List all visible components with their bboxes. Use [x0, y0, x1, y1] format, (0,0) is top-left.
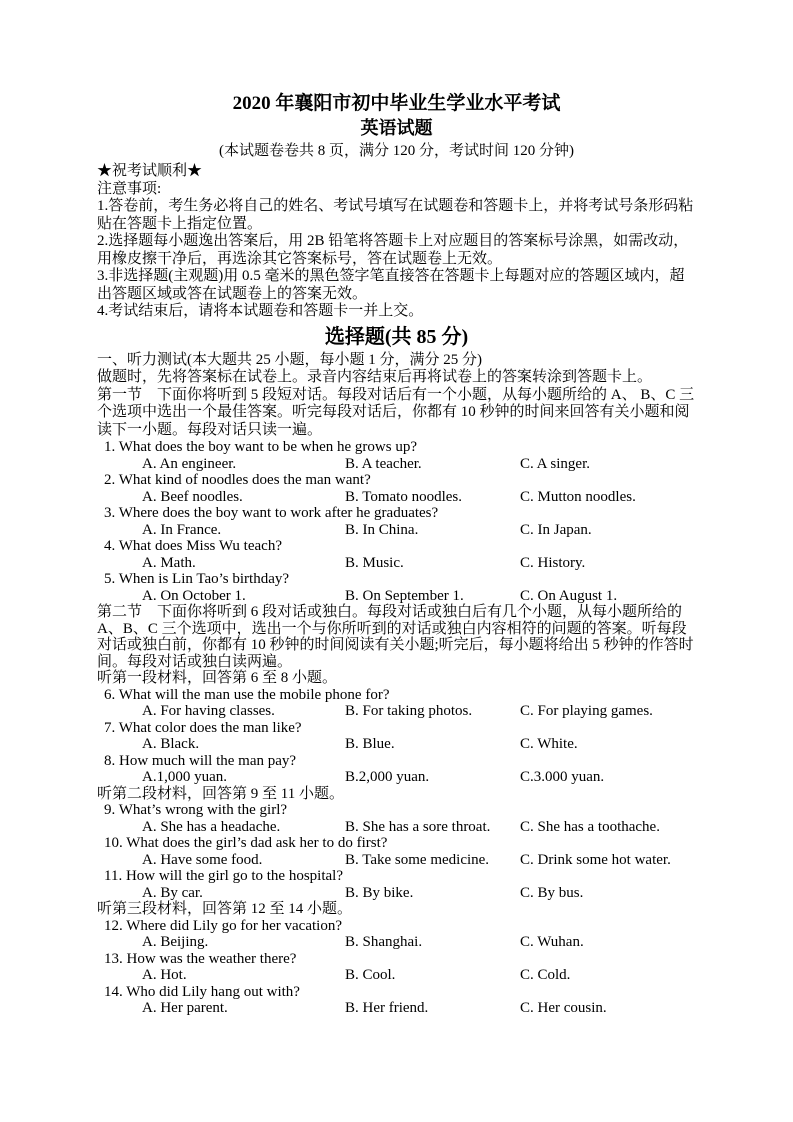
option-b: B. Shanghai.: [345, 934, 520, 951]
part1-intro: 第一节 下面你将听到 5 段短对话。每段对话后有一个小题，从每小题所给的 A、 …: [97, 387, 696, 440]
question-13: 13. How was the weather there? A. Hot. B…: [97, 951, 696, 984]
option-row: A. Black. B. Blue. C. White.: [97, 736, 696, 753]
option-b: B. A teacher.: [345, 456, 520, 473]
question-text: 2. What kind of noodles does the man wan…: [97, 472, 696, 489]
option-b: B. Blue.: [345, 736, 520, 753]
option-c: C. Drink some hot water.: [520, 852, 696, 869]
question-text: 8. How much will the man pay?: [97, 753, 696, 770]
option-c: C. A singer.: [520, 456, 696, 473]
option-c: C. She has a toothache.: [520, 819, 696, 836]
choice-section-heading: 选择题(共 85 分): [97, 324, 696, 350]
option-a: A. Math.: [142, 555, 345, 572]
option-a: A. Beijing.: [142, 934, 345, 951]
option-a: A. On October 1.: [142, 588, 345, 605]
option-row: A. For having classes. B. For taking pho…: [97, 703, 696, 720]
listening-instruction: 做题时，先将答案标在试卷上。录音内容结束后再将试卷上的答案转涂到答题卡上。: [97, 369, 696, 387]
option-a: A. An engineer.: [142, 456, 345, 473]
option-a: A. Hot.: [142, 967, 345, 984]
option-b: B. On September 1.: [345, 588, 520, 605]
question-1: 1. What does the boy want to be when he …: [97, 439, 696, 472]
notes-heading: 注意事项:: [97, 180, 696, 198]
exam-paper-page: 2020 年襄阳市初中毕业生学业水平考试 英语试题 (本试题卷卷共 8 页，满分…: [0, 0, 793, 1122]
option-a: A. Beef noodles.: [142, 489, 345, 506]
option-b: B. Tomato noodles.: [345, 489, 520, 506]
option-a: A. Black.: [142, 736, 345, 753]
note-item-2: 2.选择题每小题逸出答案后，用 2B 铅笔将答题卡上对应题目的答案标号涂黑，如需…: [97, 233, 696, 268]
option-c: C. Mutton noodles.: [520, 489, 696, 506]
option-c: C. Wuhan.: [520, 934, 696, 951]
option-b: B.2,000 yuan.: [345, 769, 520, 786]
question-14: 14. Who did Lily hang out with? A. Her p…: [97, 984, 696, 1017]
option-a: A. For having classes.: [142, 703, 345, 720]
question-4: 4. What does Miss Wu teach? A. Math. B. …: [97, 538, 696, 571]
option-c: C. In Japan.: [520, 522, 696, 539]
option-c: C.3.000 yuan.: [520, 769, 696, 786]
part2-intro: 第二节 下面你将听到 6 段对话或独白。每段对话或独白后有几个小题，从每小题所给…: [97, 604, 696, 670]
option-row: A. On October 1. B. On September 1. C. O…: [97, 588, 696, 605]
option-c: C. By bus.: [520, 885, 696, 902]
question-9: 9. What’s wrong with the girl? A. She ha…: [97, 802, 696, 835]
option-c: C. History.: [520, 555, 696, 572]
note-item-4: 4.考试结束后，请将本试题卷和答题卡一并上交。: [97, 303, 696, 321]
option-row: A. She has a headache. B. She has a sore…: [97, 819, 696, 836]
option-row: A. By car. B. By bike. C. By bus.: [97, 885, 696, 902]
listening-section: 一、听力测试(本大题共 25 小题，每小题 1 分，满分 25 分) 做题时，先…: [97, 352, 696, 440]
note-item-1: 1.答卷前，考生务必将自己的姓名、考试号填写在试题卷和答题卡上，并将考试号条形码…: [97, 198, 696, 233]
option-row: A.1,000 yuan. B.2,000 yuan. C.3.000 yuan…: [97, 769, 696, 786]
note-item-3: 3.非选择题(主观题)用 0.5 毫米的黑色签字笔直接答在答题卡上每题对应的答题…: [97, 268, 696, 303]
question-8: 8. How much will the man pay? A.1,000 yu…: [97, 753, 696, 786]
option-row: A. Math. B. Music. C. History.: [97, 555, 696, 572]
exam-info-line: (本试题卷卷共 8 页，满分 120 分，考试时间 120 分钟): [97, 140, 696, 162]
question-11: 11. How will the girl go to the hospital…: [97, 868, 696, 901]
option-a: A. Her parent.: [142, 1000, 345, 1017]
question-text: 12. Where did Lily go for her vacation?: [97, 918, 696, 935]
option-b: B. By bike.: [345, 885, 520, 902]
option-b: B. For taking photos.: [345, 703, 520, 720]
question-10: 10. What does the girl’s dad ask her to …: [97, 835, 696, 868]
option-b: B. She has a sore throat.: [345, 819, 520, 836]
option-row: A. Have some food. B. Take some medicine…: [97, 852, 696, 869]
question-text: 11. How will the girl go to the hospital…: [97, 868, 696, 885]
exam-subtitle: 英语试题: [97, 116, 696, 140]
option-a: A. In France.: [142, 522, 345, 539]
question-6: 6. What will the man use the mobile phon…: [97, 687, 696, 720]
option-c: C. Her cousin.: [520, 1000, 696, 1017]
material-header-2: 听第二段材料，回答第 9 至 11 小题。: [97, 786, 696, 803]
question-text: 4. What does Miss Wu teach?: [97, 538, 696, 555]
option-a: A. She has a headache.: [142, 819, 345, 836]
question-12: 12. Where did Lily go for her vacation? …: [97, 918, 696, 951]
good-luck-line: ★祝考试顺利★: [97, 162, 696, 180]
option-c: C. White.: [520, 736, 696, 753]
option-row: A. Beijing. B. Shanghai. C. Wuhan.: [97, 934, 696, 951]
question-text: 9. What’s wrong with the girl?: [97, 802, 696, 819]
option-c: C. On August 1.: [520, 588, 696, 605]
option-a: A. By car.: [142, 885, 345, 902]
option-a: A.1,000 yuan.: [142, 769, 345, 786]
question-text: 6. What will the man use the mobile phon…: [97, 687, 696, 704]
option-row: A. Her parent. B. Her friend. C. Her cou…: [97, 1000, 696, 1017]
option-b: B. In China.: [345, 522, 520, 539]
question-text: 10. What does the girl’s dad ask her to …: [97, 835, 696, 852]
material-header-3: 听第三段材料，回答第 12 至 14 小题。: [97, 901, 696, 918]
option-row: A. Beef noodles. B. Tomato noodles. C. M…: [97, 489, 696, 506]
question-text: 14. Who did Lily hang out with?: [97, 984, 696, 1001]
option-b: B. Her friend.: [345, 1000, 520, 1017]
question-7: 7. What color does the man like? A. Blac…: [97, 720, 696, 753]
option-row: A. In France. B. In China. C. In Japan.: [97, 522, 696, 539]
option-b: B. Cool.: [345, 967, 520, 984]
question-2: 2. What kind of noodles does the man wan…: [97, 472, 696, 505]
option-b: B. Take some medicine.: [345, 852, 520, 869]
question-text: 1. What does the boy want to be when he …: [97, 439, 696, 456]
question-text: 7. What color does the man like?: [97, 720, 696, 737]
question-3: 3. Where does the boy want to work after…: [97, 505, 696, 538]
listening-heading: 一、听力测试(本大题共 25 小题，每小题 1 分，满分 25 分): [97, 352, 696, 370]
option-a: A. Have some food.: [142, 852, 345, 869]
question-5: 5. When is Lin Tao’s birthday? A. On Oct…: [97, 571, 696, 604]
question-text: 13. How was the weather there?: [97, 951, 696, 968]
exam-title: 2020 年襄阳市初中毕业生学业水平考试: [97, 92, 696, 116]
option-b: B. Music.: [345, 555, 520, 572]
option-row: A. An engineer. B. A teacher. C. A singe…: [97, 456, 696, 473]
questions-area: 1. What does the boy want to be when he …: [97, 439, 696, 1017]
question-text: 3. Where does the boy want to work after…: [97, 505, 696, 522]
option-c: C. For playing games.: [520, 703, 696, 720]
material-header-1: 听第一段材料，回答第 6 至 8 小题。: [97, 670, 696, 687]
question-text: 5. When is Lin Tao’s birthday?: [97, 571, 696, 588]
option-c: C. Cold.: [520, 967, 696, 984]
option-row: A. Hot. B. Cool. C. Cold.: [97, 967, 696, 984]
